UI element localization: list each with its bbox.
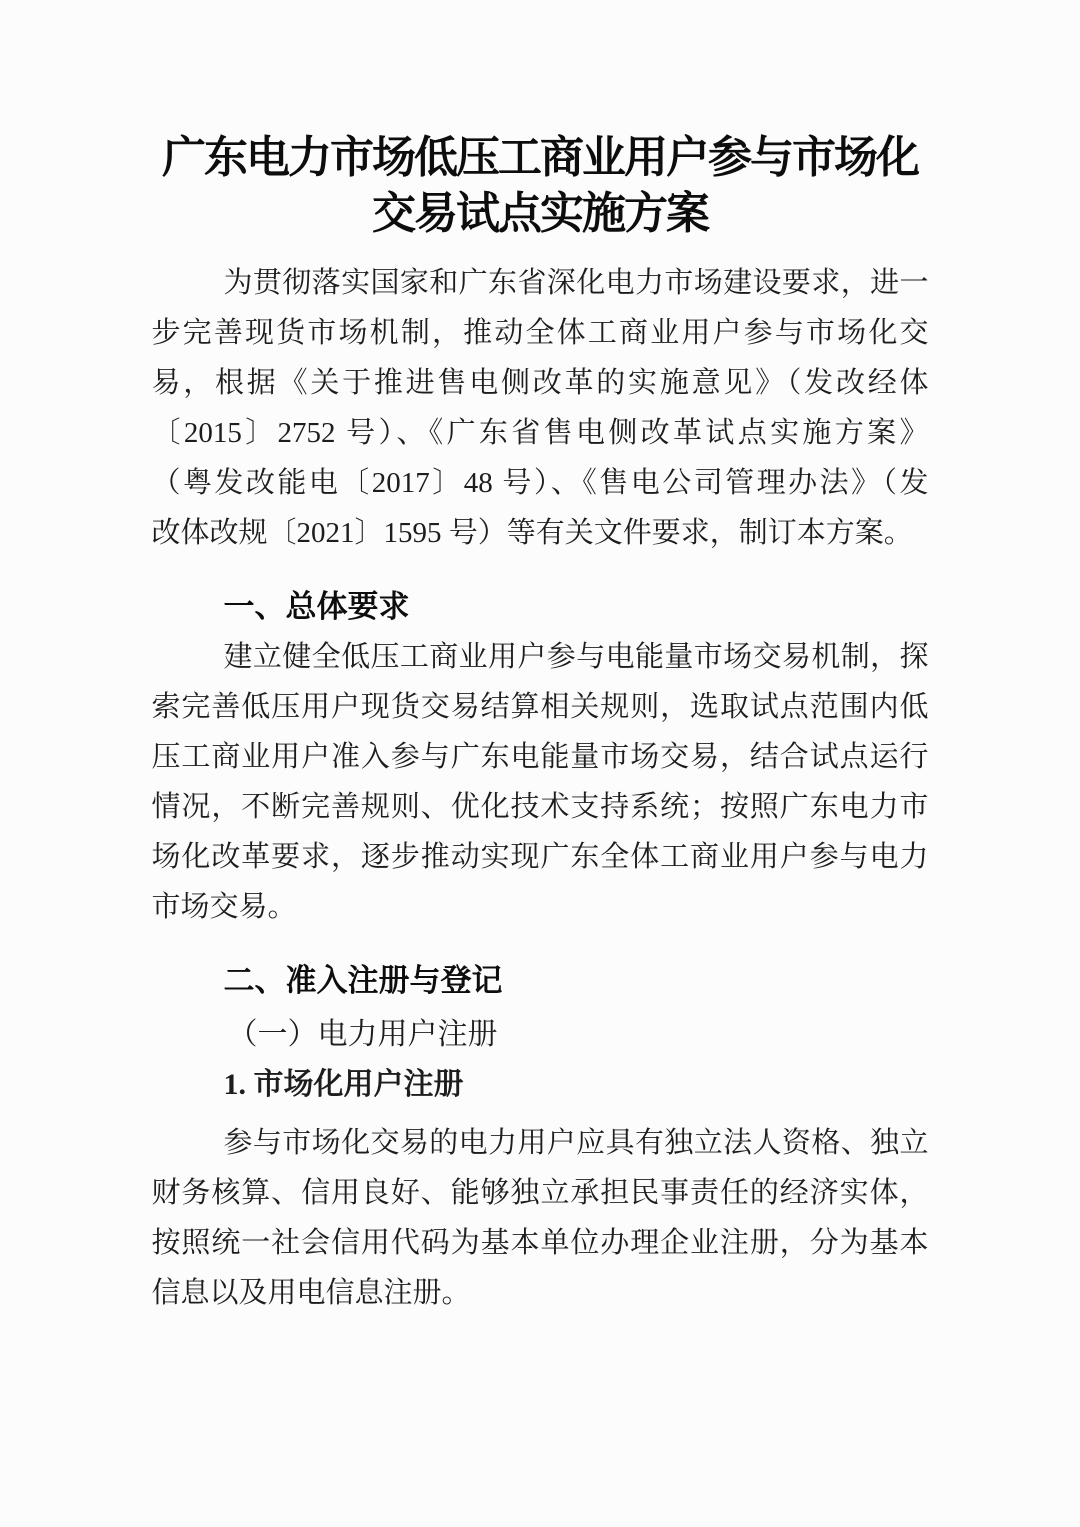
text-line: 步完善现货市场机制，推动全体工商业用户参与市场化交 [152,308,929,358]
text-line: 情况，不断完善规则、优化技术支持系统；按照广东电力市 [152,782,929,832]
text-line: 压工商业用户准入参与广东电能量市场交易，结合试点运行 [152,732,929,782]
heading-level-2: （一）电力用户注册 [152,1010,929,1060]
text-line: 财务核算、信用良好、能够独立承担民事责任的经济实体， [152,1168,929,1218]
text-line: 改体改规〔2021〕1595 号）等有关文件要求，制订本方案。 [152,508,929,558]
text-line: 建立健全低压工商业用户参与电能量市场交易机制，探 [152,632,929,682]
text-line: 按照统一社会信用代码为基本单位办理企业注册，分为基本 [152,1218,929,1268]
text-line: 信息以及用电信息注册。 [152,1268,929,1318]
paragraph: 参与市场化交易的电力用户应具有独立法人资格、独立财务核算、信用良好、能够独立承担… [152,1118,929,1318]
paragraph: 建立健全低压工商业用户参与电能量市场交易机制，探索完善低压用户现货交易结算相关规… [152,632,929,932]
heading-level-3: 1. 市场化用户注册 [152,1060,929,1110]
heading-level-1: 二、准入注册与登记 [152,956,929,1006]
text-line: 为贯彻落实国家和广东省深化电力市场建设要求，进一 [152,258,929,308]
document-body: 为贯彻落实国家和广东省深化电力市场建设要求，进一步完善现货市场机制，推动全体工商… [152,258,929,1318]
document-title-line: 交易试点实施方案 [152,186,929,242]
document-content: 广东电力市场低压工商业用户参与市场化交易试点实施方案 为贯彻落实国家和广东省深化… [152,130,929,1318]
document-page: 广东电力市场低压工商业用户参与市场化交易试点实施方案 为贯彻落实国家和广东省深化… [0,0,1080,1527]
document-title-line: 广东电力市场低压工商业用户参与市场化 [152,130,929,186]
text-line: 场化改革要求，逐步推动实现广东全体工商业用户参与电力 [152,832,929,882]
document-title: 广东电力市场低压工商业用户参与市场化交易试点实施方案 [152,130,929,242]
text-line: 市场交易。 [152,882,929,932]
text-line: （粤发改能电〔2017〕48 号）、《售电公司管理办法》（发 [152,458,929,508]
paragraph: 为贯彻落实国家和广东省深化电力市场建设要求，进一步完善现货市场机制，推动全体工商… [152,258,929,558]
text-line: 索完善低压用户现货交易结算相关规则，选取试点范围内低 [152,682,929,732]
text-line: 〔2015〕2752 号）、《广东省售电侧改革试点实施方案》 [152,408,929,458]
heading-level-1: 一、总体要求 [152,582,929,632]
text-line: 易，根据《关于推进售电侧改革的实施意见》（发改经体 [152,358,929,408]
text-line: 参与市场化交易的电力用户应具有独立法人资格、独立 [152,1118,929,1168]
